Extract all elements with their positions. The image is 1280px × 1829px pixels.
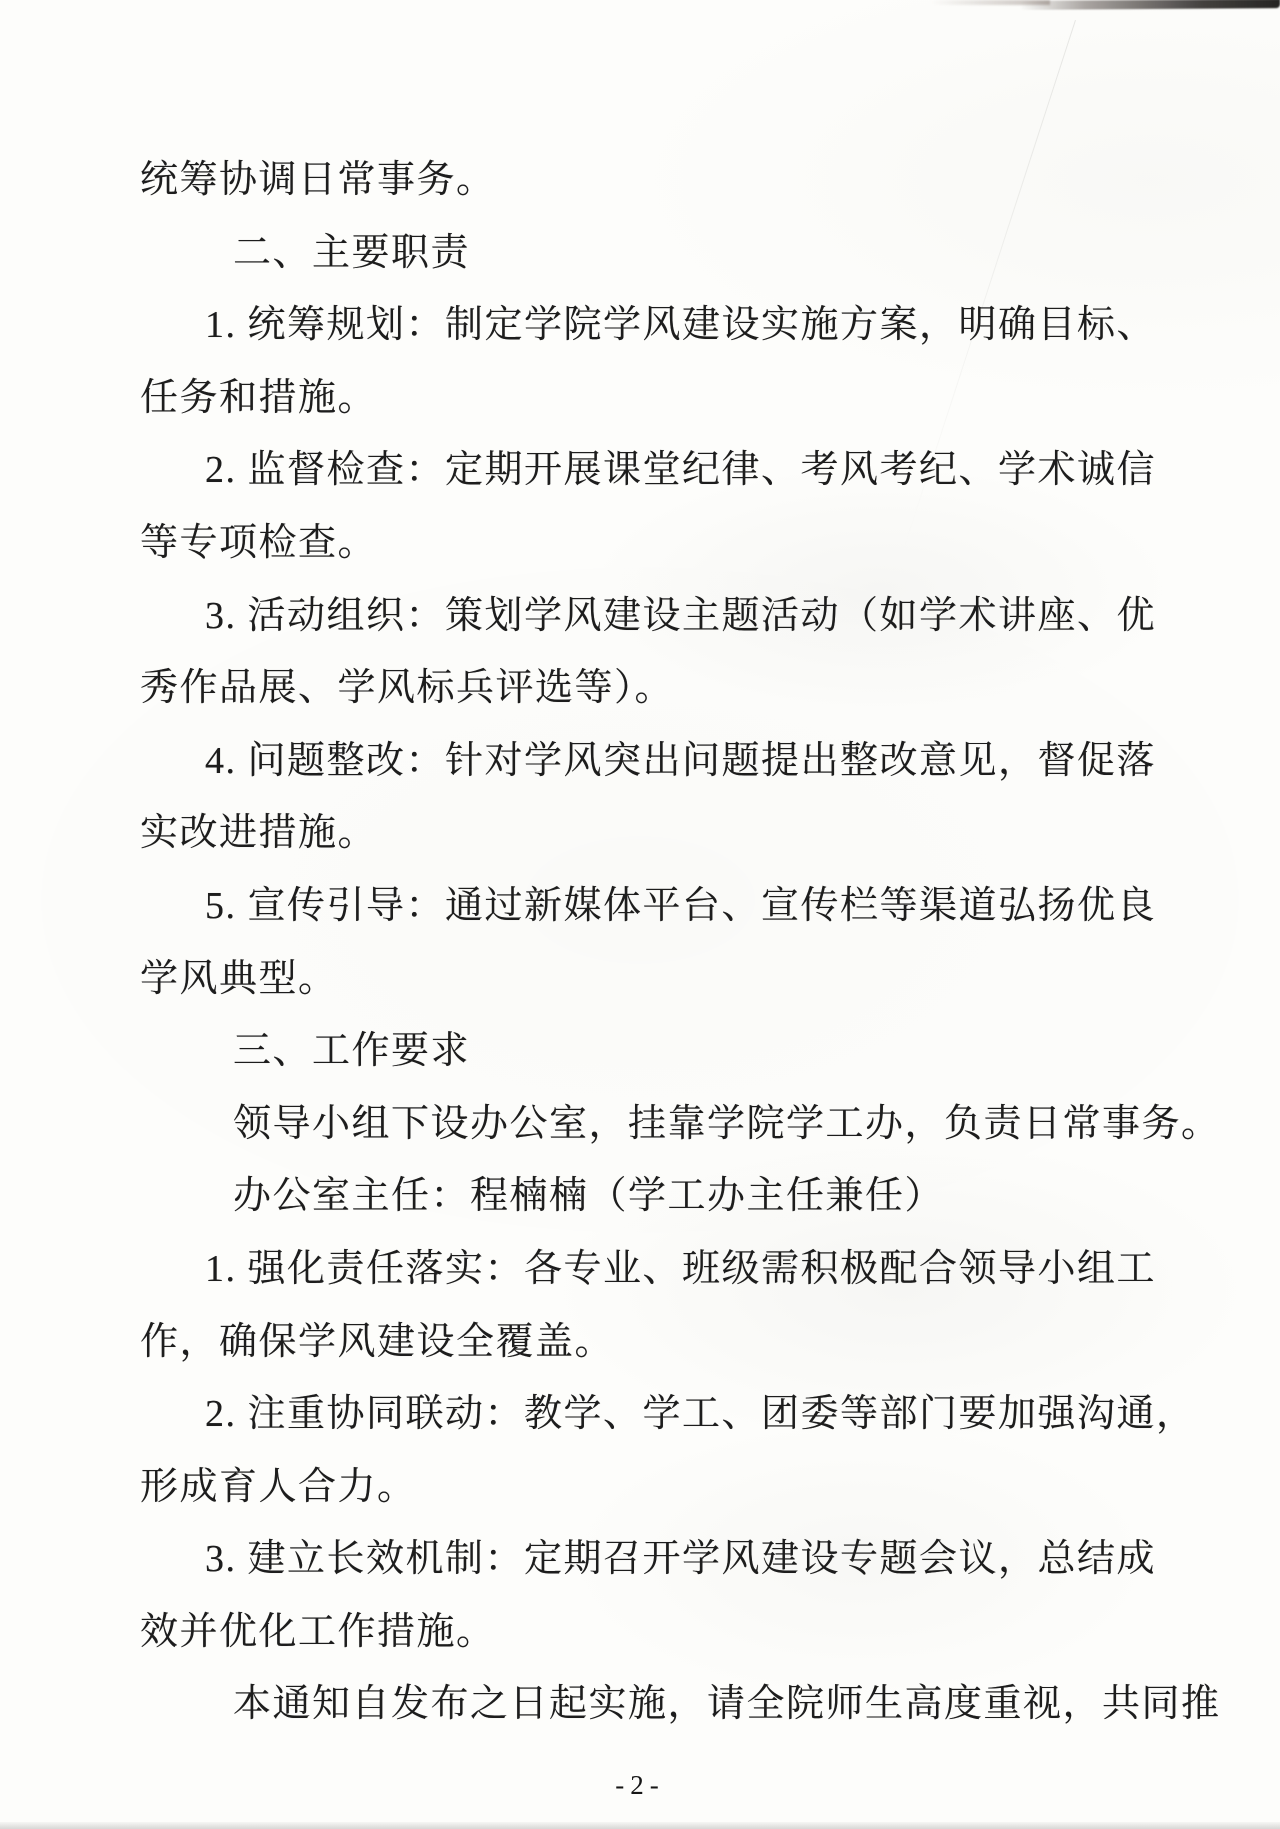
text-line: 2. 监督检查：定期开展课堂纪律、考风考纪、学术诚信	[140, 434, 1160, 507]
text-line: 等专项检查。	[140, 507, 1160, 580]
text-line: 3. 活动组织：策划学风建设主题活动（如学术讲座、优	[140, 580, 1160, 653]
scanner-streak-artifact-faint	[930, 0, 1050, 5]
scanner-streak-artifact	[1020, 0, 1280, 10]
scanned-document-page: 统筹协调日常事务。二、主要职责1. 统筹规划：制定学院学风建设实施方案，明确目标…	[0, 0, 1280, 1829]
scan-bottom-edge-artifact	[0, 1822, 1280, 1829]
text-line: 秀作品展、学风标兵评选等）。	[140, 652, 1160, 725]
text-line: 5. 宣传引导：通过新媒体平台、宣传栏等渠道弘扬优良	[140, 870, 1160, 943]
text-line: 统筹协调日常事务。	[140, 144, 1160, 217]
text-line: 作，确保学风建设全覆盖。	[140, 1306, 1160, 1379]
text-line: 本通知自发布之日起实施，请全院师生高度重视，共同推	[140, 1668, 1160, 1741]
section-heading: 三、工作要求	[140, 1015, 1160, 1088]
document-body: 统筹协调日常事务。二、主要职责1. 统筹规划：制定学院学风建设实施方案，明确目标…	[140, 144, 1160, 1741]
page-number: -2-	[0, 1770, 1280, 1801]
text-line: 实改进措施。	[140, 797, 1160, 870]
text-line: 任务和措施。	[140, 362, 1160, 435]
text-line: 2. 注重协同联动：教学、学工、团委等部门要加强沟通，	[140, 1378, 1160, 1451]
text-line: 1. 强化责任落实：各专业、班级需积极配合领导小组工	[140, 1233, 1160, 1306]
text-line: 领导小组下设办公室，挂靠学院学工办，负责日常事务。	[140, 1088, 1160, 1161]
text-line: 4. 问题整改：针对学风突出问题提出整改意见，督促落	[140, 725, 1160, 798]
section-heading: 二、主要职责	[140, 217, 1160, 290]
text-line: 1. 统筹规划：制定学院学风建设实施方案，明确目标、	[140, 289, 1160, 362]
text-line: 形成育人合力。	[140, 1451, 1160, 1524]
text-line: 效并优化工作措施。	[140, 1596, 1160, 1669]
text-line: 办公室主任：程楠楠（学工办主任兼任）	[140, 1160, 1160, 1233]
text-line: 3. 建立长效机制：定期召开学风建设专题会议，总结成	[140, 1523, 1160, 1596]
text-line: 学风典型。	[140, 943, 1160, 1016]
